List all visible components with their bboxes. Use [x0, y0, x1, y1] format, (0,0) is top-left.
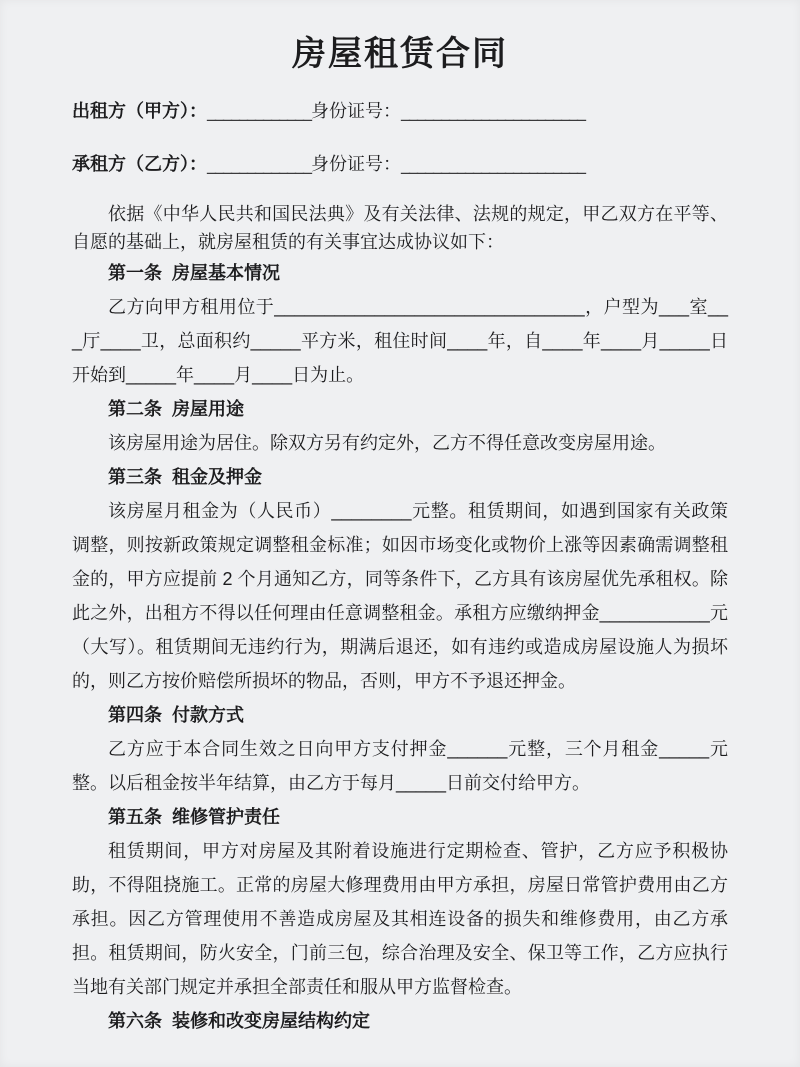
landlord-name-blank: _____________ [207, 101, 311, 122]
document-title: 房屋租赁合同 [72, 32, 728, 76]
landlord-label: 出租方（甲方）： [72, 101, 207, 121]
section-5-body: 租赁期间，甲方对房屋及其附着设施进行定期检查、管护，乙方应予积极协助，不得阻挠施… [72, 834, 728, 1004]
preamble-paragraph: 依据《中华人民共和国民法典》及有关法律、法规的规定，甲乙双方在平等、自愿的基础上… [72, 200, 728, 256]
section-4-body: 乙方应于本合同生效之日向甲方支付押金______元整，三个月租金_____元整。… [72, 732, 728, 800]
section-1-title: 房屋基本情况 [172, 263, 280, 283]
section-1-number: 第一条 [108, 263, 162, 283]
section-2-title: 房屋用途 [172, 399, 244, 419]
section-2-body: 该房屋用途为居住。除双方另有约定外，乙方不得任意改变房屋用途。 [72, 426, 728, 460]
section-1-heading: 第一条房屋基本情况 [72, 256, 728, 290]
party-row-tenant: 承租方（乙方）：_____________身份证号：______________… [72, 147, 728, 182]
section-payment-method: 第四条付款方式 乙方应于本合同生效之日向甲方支付押金______元整，三个月租金… [72, 698, 728, 800]
landlord-id-blank: _______________________ [401, 101, 585, 122]
section-house-basic-info: 第一条房屋基本情况 乙方向甲方租用位于_____________________… [72, 256, 728, 392]
section-3-body: 该房屋月租金为（人民币）________元整。租赁期间，如遇到国家有关政策调整，… [72, 494, 728, 698]
contract-page: { "page": { "background_color": "#eff0f2… [0, 0, 800, 1067]
section-4-number: 第四条 [108, 705, 162, 725]
section-6-title: 装修和改变房屋结构约定 [172, 1011, 370, 1031]
section-6-number: 第六条 [108, 1011, 162, 1031]
section-2-number: 第二条 [108, 399, 162, 419]
section-3-heading: 第三条租金及押金 [72, 460, 728, 494]
section-maintenance-responsibility: 第五条维修管护责任 租赁期间，甲方对房屋及其附着设施进行定期检查、管护，乙方应予… [72, 800, 728, 1004]
section-5-number: 第五条 [108, 807, 162, 827]
section-rent-and-deposit: 第三条租金及押金 该房屋月租金为（人民币）________元整。租赁期间，如遇到… [72, 460, 728, 698]
tenant-label: 承租方（乙方）： [72, 154, 207, 174]
party-row-landlord: 出租方（甲方）：_____________身份证号：______________… [72, 94, 728, 129]
tenant-id-label: 身份证号： [311, 154, 401, 174]
tenant-name-blank: _____________ [207, 154, 311, 175]
landlord-id-label: 身份证号： [311, 101, 401, 121]
section-3-title: 租金及押金 [172, 467, 262, 487]
section-6-heading: 第六条装修和改变房屋结构约定 [72, 1004, 728, 1038]
section-4-title: 付款方式 [172, 705, 244, 725]
section-4-heading: 第四条付款方式 [72, 698, 728, 732]
section-3-number: 第三条 [108, 467, 162, 487]
section-5-title: 维修管护责任 [172, 807, 280, 827]
tenant-id-blank: _______________________ [401, 154, 585, 175]
section-2-heading: 第二条房屋用途 [72, 392, 728, 426]
section-renovation-agreement: 第六条装修和改变房屋结构约定 [72, 1004, 728, 1038]
section-1-body: 乙方向甲方租用位于_______________________________… [72, 290, 728, 392]
section-house-usage: 第二条房屋用途 该房屋用途为居住。除双方另有约定外，乙方不得任意改变房屋用途。 [72, 392, 728, 460]
section-5-heading: 第五条维修管护责任 [72, 800, 728, 834]
